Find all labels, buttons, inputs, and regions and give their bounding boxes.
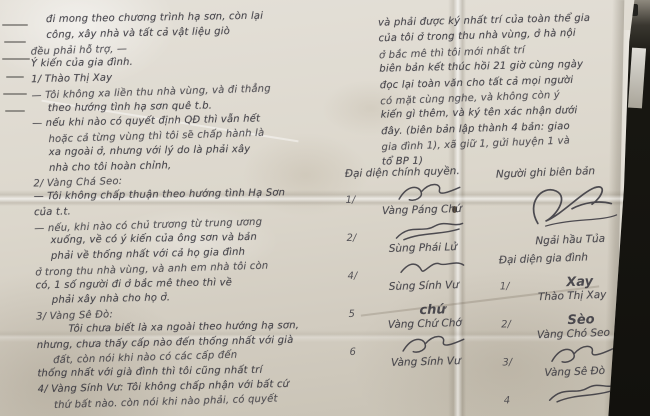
signature-number: 4 xyxy=(504,395,520,407)
signature-entry: 2/Sùng Phái Lử xyxy=(346,216,499,256)
signature-number: 2/ xyxy=(346,233,362,244)
signature-entry: 3/Vàng Sê Đò xyxy=(502,339,647,380)
signature-number: 2/ xyxy=(501,319,517,331)
margin-dash xyxy=(6,76,24,78)
signer-name: Sùng Sính Vư xyxy=(348,278,500,294)
signature-entry: 6Vàng Sính Vư xyxy=(349,330,502,370)
signature-entry: 4 xyxy=(503,377,648,406)
signature-scrawl xyxy=(365,330,502,358)
signature-section: Đại diện chính quyền. 1/Vàng Páng Chứ2/S… xyxy=(348,166,644,416)
signature-scrawl xyxy=(362,216,499,244)
authorities-signature-block: Đại diện chính quyền. 1/Vàng Páng Chứ2/S… xyxy=(345,164,503,416)
background-paper-sliver xyxy=(628,48,646,109)
signer-name: Vàng Sính Vư xyxy=(350,354,502,370)
signer-name: Sùng Phái Lử xyxy=(347,240,499,256)
signature-entry: 1/Vàng Páng Chứ xyxy=(345,178,498,218)
family-header: Đại diện gia đình xyxy=(499,250,643,267)
margin-dash xyxy=(5,110,25,112)
right-column-text: và phải được ký nhất trí của toàn thể gi… xyxy=(370,10,624,171)
signature-number: 1/ xyxy=(500,281,516,293)
signature-number: 3/ xyxy=(502,357,518,369)
recorder-signature xyxy=(514,176,642,236)
signature-number: 5 xyxy=(348,309,364,320)
paper-sheet: đi mong theo chương trình hạ sơn, còn lạ… xyxy=(0,0,650,416)
signature-entry: 2/SèoVàng Chó Seo xyxy=(500,301,645,342)
family-signature-list: 1/XayThào Thị Xay2/SèoVàng Chó Seo3/Vàng… xyxy=(499,264,648,407)
signature-entry: 4/Sùng Sính Vư xyxy=(347,254,500,294)
signature-scrawl xyxy=(363,254,500,282)
signature-scrawl xyxy=(518,339,647,367)
right-signature-block: Người ghi biên bản Ngải hầu Tủa Đại diện… xyxy=(496,164,649,416)
signature-number: 6 xyxy=(349,347,365,358)
signature-scrawl xyxy=(519,377,648,405)
authorities-signature-list: 1/Vàng Páng Chứ2/Sùng Phái Lử4/Sùng Sính… xyxy=(345,178,502,370)
left-column-text: đi mong theo chương trình hạ sơn, còn lạ… xyxy=(22,8,350,413)
signature-scrawl xyxy=(361,178,498,206)
signature-entry: 1/XayThào Thị Xay xyxy=(499,264,644,305)
photo-of-handwritten-document: đi mong theo chương trình hạ sơn, còn lạ… xyxy=(0,0,650,416)
signature-entry: 5chứVàng Chứ Chớ xyxy=(348,292,501,332)
signature-number: 4/ xyxy=(347,271,363,282)
signature-number: 1/ xyxy=(345,195,361,206)
